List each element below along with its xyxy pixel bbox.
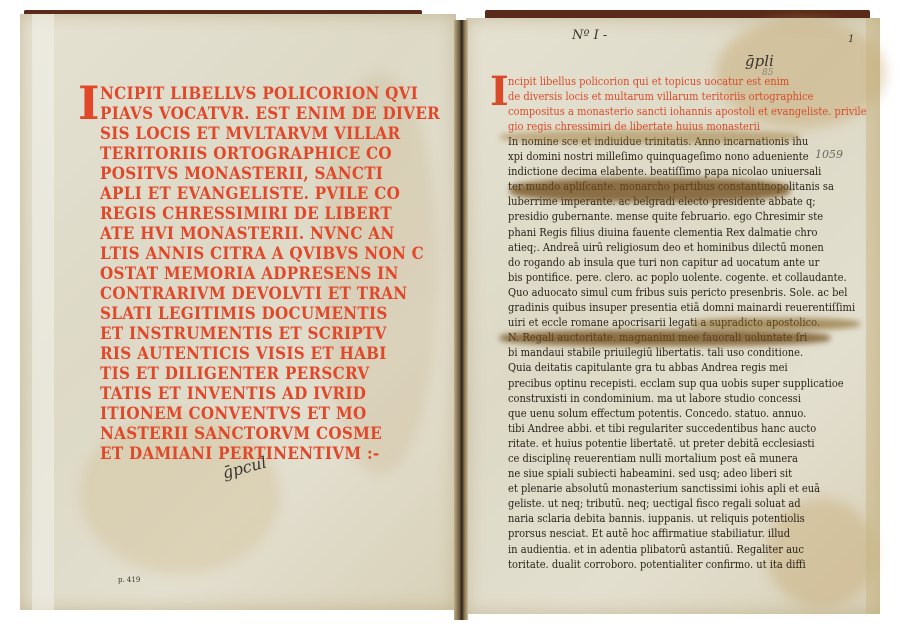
rubric-line: SIS LOCIS ET MVLTARVM VILLAR: [100, 124, 404, 144]
rubric-line: SLATI LEGITIMIS DOCUMENTIS: [100, 304, 404, 324]
text-line: ce disciplinę reuerentiam nulli mortaliu…: [508, 451, 796, 466]
rubric-line: NASTERII SANCTORVM COSME: [100, 424, 404, 444]
text-line: ritate. et huius potentie libertatē. ut …: [508, 436, 796, 451]
text-line: do rogando ab insula que turi non capitu…: [508, 255, 796, 270]
text-line: bis pontifice. pere. clero. ac poplo uol…: [508, 270, 796, 285]
rubric-line: de diversis locis et multarum villarum t…: [508, 89, 796, 104]
water-stain: [500, 130, 800, 144]
decorated-initial: I: [490, 72, 509, 112]
text-line: Quia deitatis capitulante gra tu abbas A…: [508, 360, 796, 375]
rubric-text-block: NCIPIT LIBELLVS POLICORION QVI PIAVS VOC…: [100, 84, 430, 464]
rubric-line: ET INSTRUMENTIS ET SCRIPTV: [100, 324, 404, 344]
rubric-line: TERITORIIS ORTOGRAPHICE CO: [100, 144, 404, 164]
text-line: presidio gubernante. mense quite februar…: [508, 209, 796, 224]
text-line: construxisti in condominium. ma ut labor…: [508, 391, 796, 406]
rubric-line: NCIPIT LIBELLVS POLICORION QVI: [100, 84, 404, 104]
folio-mark: 1: [848, 34, 854, 45]
rubric-line: REGIS CHRESSIMIRI DE LIBERT: [100, 204, 404, 224]
header-note: Nº I -: [572, 28, 607, 43]
water-stain: [510, 178, 790, 202]
footer-mark: p. 419: [118, 576, 140, 584]
rubric-line: LTIS ANNIS CITRA A QVIBVS NON C: [100, 244, 404, 264]
text-line: tibi Andree abbi. et tibi regulariter su…: [508, 421, 796, 436]
text-line: gradinis quibus insuper presentia etiā d…: [508, 300, 796, 315]
rubric-line: TATIS ET INVENTIS AD IVRID: [100, 384, 404, 404]
text-line: prorsus nesciat. Et autē hoc affirmatiue…: [508, 526, 796, 541]
water-stain: [690, 318, 860, 330]
rubric-line: ITIONEM CONVENTVS ET MO: [100, 404, 404, 424]
text-line: xpi domini nostri milleſimo quinquageſim…: [508, 149, 796, 164]
rubric-line: compositus a monasterio sancti iohannis …: [508, 104, 796, 119]
decorated-initial: I: [78, 80, 100, 126]
rubric-line: CONTRARIVM DEVOLVTI ET TRAN: [100, 284, 404, 304]
text-line: phani Regis filius diuina fauente clemen…: [508, 225, 796, 240]
rubric-line: ncipit libellus policorion qui et topicu…: [508, 74, 796, 89]
rubric-line: TIS ET DILIGENTER PERSCRV: [100, 364, 404, 384]
text-line: precibus optinu recepisti. ecclam sup qu…: [508, 376, 796, 391]
rubric-line: RIS AUTENTICIS VISIS ET HABI: [100, 344, 404, 364]
text-line: bi mandaui stabile priuilegiū libertatis…: [508, 345, 796, 360]
text-line: atieq;. Andreā uirū religiosum deo et ho…: [508, 240, 796, 255]
rubric-line: ATE HVI MONASTERII. NVNC AN: [100, 224, 404, 244]
text-line: in audientia. et in adentia plibatorū as…: [508, 542, 796, 557]
text-line: Quo aduocato simul cum fribus suis peric…: [508, 285, 796, 300]
text-line: geliste. ut neq; tributū. neq; uectigal …: [508, 496, 796, 511]
text-line: ne siue spiali subiecti habeamini. sed u…: [508, 466, 796, 481]
spine-gutter: [454, 20, 468, 620]
text-line: toritate. dualit corroboro. potentialite…: [508, 557, 796, 572]
rubric-line: PIAVS VOCATVR. EST ENIM DE DIVER: [100, 104, 404, 124]
page-edge: [32, 14, 54, 610]
water-stain: [500, 330, 830, 346]
page-edge: [866, 18, 880, 614]
text-line: que uenu solum effectum potentis. Conced…: [508, 406, 796, 421]
rubric-line: OSTAT MEMORIA ADPRESENS IN: [100, 264, 404, 284]
text-line: naria sclaria debita bannis. iuppanis. u…: [508, 511, 796, 526]
text-line: et plenarie absolutū monasterium sanctis…: [508, 481, 796, 496]
rubric-line: APLI ET EVANGELISTE. PVILE CO: [100, 184, 404, 204]
open-manuscript: I NCIPIT LIBELLVS POLICORION QVI PIAVS V…: [0, 0, 900, 628]
rubric-line: POSITVS MONASTERII, SANCTI: [100, 164, 404, 184]
